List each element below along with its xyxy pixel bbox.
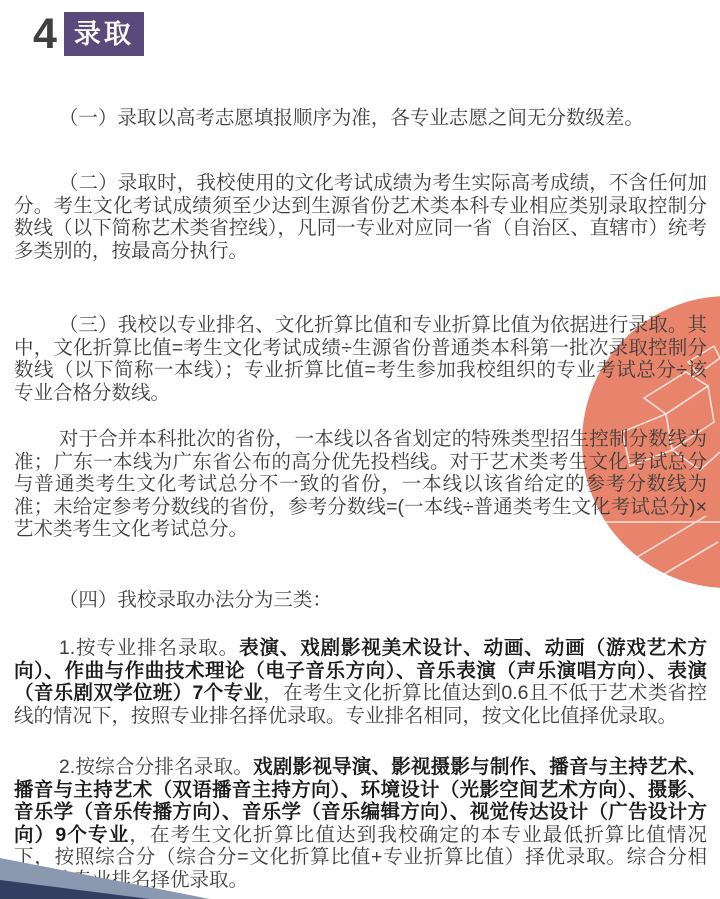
paragraph-rule-3: （三）我校以专业排名、文化折算比值和专业折算比值为依据进行录取。其中，文化折算比… (14, 314, 707, 404)
paragraph-rule-2: （二）录取时，我校使用的文化考试成绩为考生实际高考成绩，不含任何加分。考生文化考… (14, 172, 707, 262)
paper-plane-corner-decoration (0, 849, 220, 899)
document-page: 4 录取 （一）录取以高考志愿填报顺序为准，各专业志愿之间无分数级差。 （二）录… (0, 0, 720, 899)
paragraph-rule-4: （四）我校录取办法分为三类： (14, 589, 707, 612)
section-header: 4 录取 (33, 12, 144, 56)
section-title-badge: 录取 (64, 12, 144, 56)
paragraph-rule-3-continued: 对于合并本科批次的省份，一本线以各省划定的特殊类型招生控制分数线为准；广东一本线… (14, 428, 707, 541)
paragraph-method-1: 1.按专业排名录取。表演、戏剧影视美术设计、动画、动画（游戏艺术方向）、作曲与作… (14, 637, 707, 727)
paragraph-rule-1: （一）录取以高考志愿填报顺序为准，各专业志愿之间无分数级差。 (14, 107, 707, 130)
section-number: 4 (33, 12, 57, 56)
